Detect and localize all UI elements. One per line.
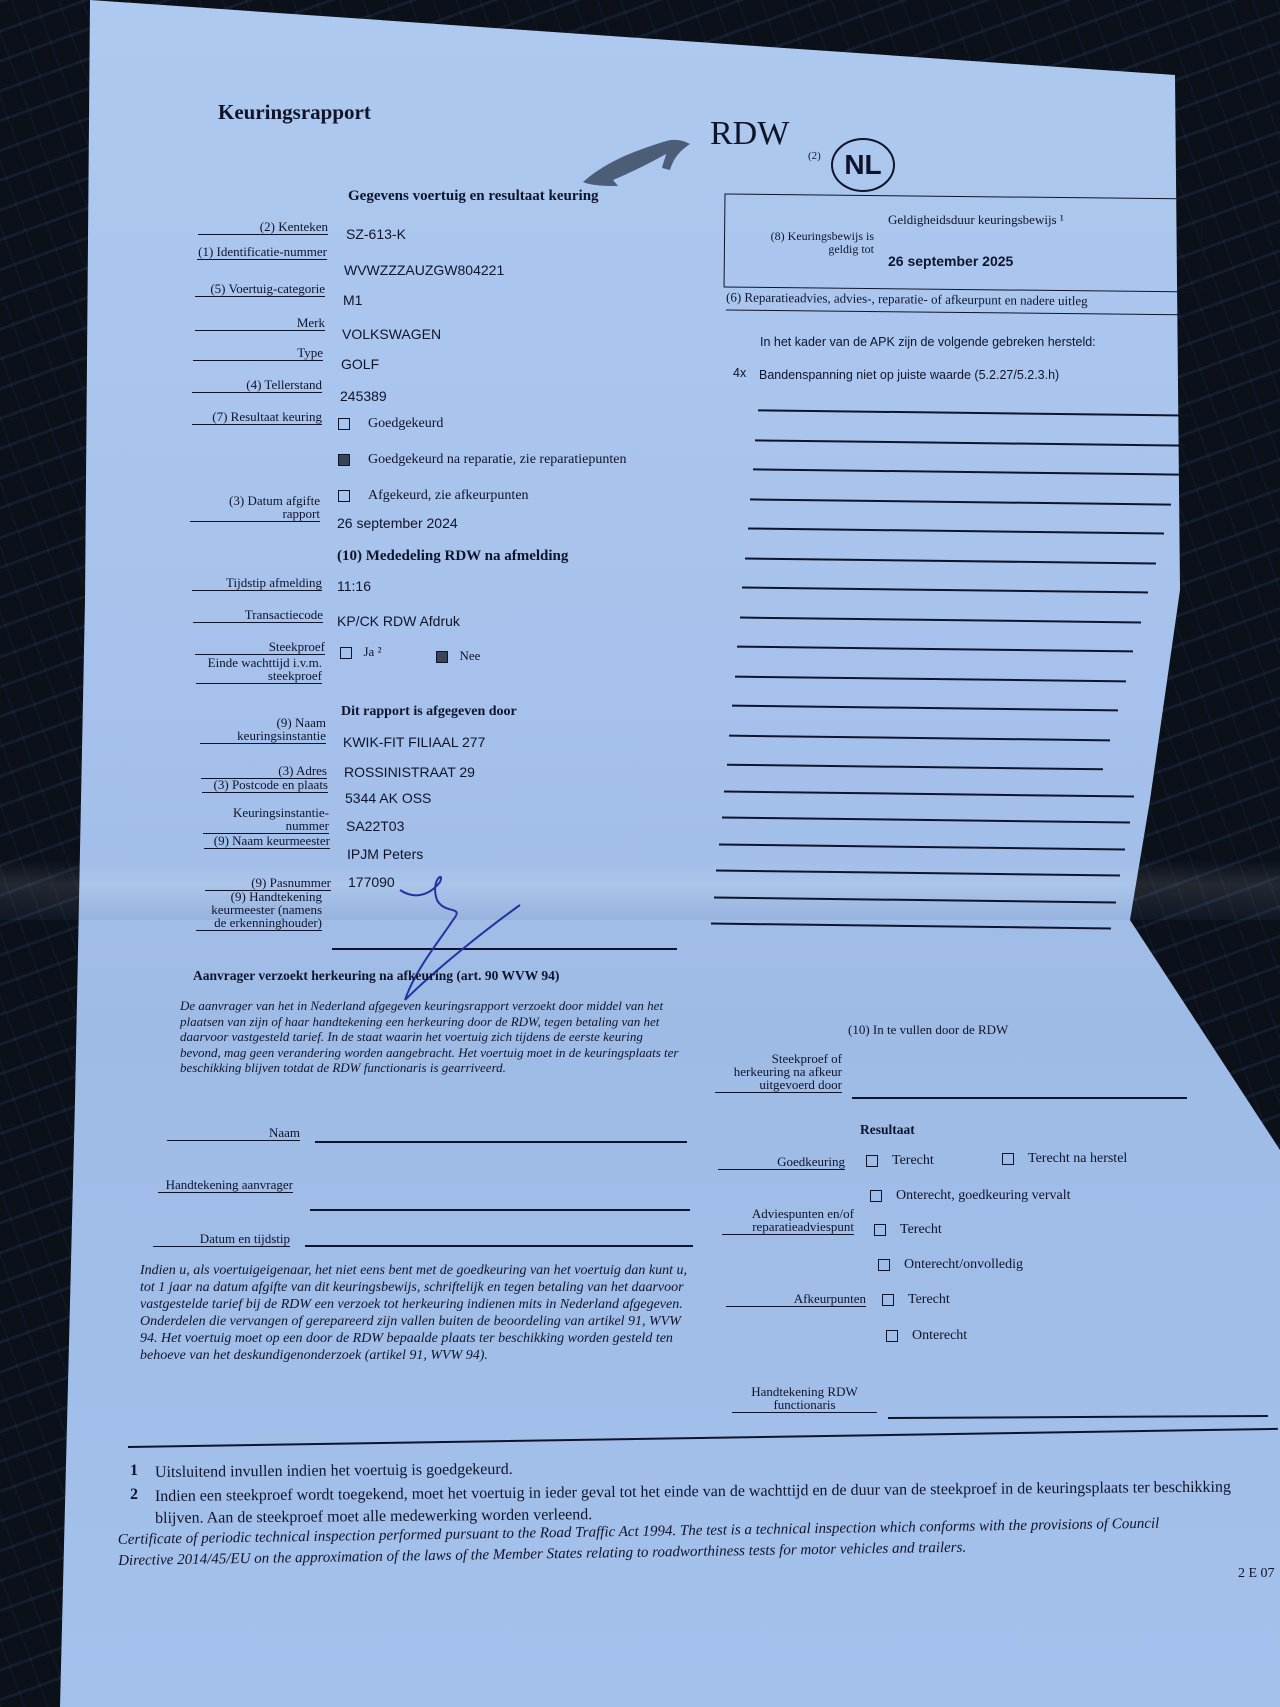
wait-label: Einde wachttijd i.v.m. steekproef xyxy=(196,656,322,684)
rdw-result-option[interactable]: Onterecht, goedkeuring vervalt xyxy=(870,1188,1071,1204)
vehicle-field-label: (2) Kenteken xyxy=(198,220,328,235)
rdw-notice-heading: (10) Mededeling RDW na afmelding xyxy=(337,548,568,565)
time-label: Tijdstip afmelding xyxy=(192,576,322,591)
transaction-label: Transactiecode xyxy=(193,608,323,623)
owner-note: Indien u, als voertuigeigenaar, het niet… xyxy=(140,1262,695,1364)
applicant-name-field[interactable] xyxy=(315,1141,687,1143)
rdw-brand: RDW xyxy=(710,115,789,153)
rdw-result-checkbox[interactable] xyxy=(882,1294,894,1306)
applicant-signature-label: Handtekening aanvrager xyxy=(158,1178,293,1193)
rdw-result-checkbox[interactable] xyxy=(878,1259,890,1271)
issuer-field-value: KWIK-FIT FILIAAL 277 xyxy=(343,734,485,750)
advice-label: Adviespunten en/of reparatieadviespunt xyxy=(722,1207,854,1235)
validity-label: (8) Keuringsbewijs is geldig tot xyxy=(762,230,874,256)
datetime-label: Datum en tijdstip xyxy=(153,1232,290,1247)
vehicle-field-value: VOLKSWAGEN xyxy=(342,326,441,342)
inspector-signature-label: (9) Handtekening keurmeester (namens de … xyxy=(196,890,322,931)
vehicle-field-value: WVWZZZAUZGW804221 xyxy=(344,262,504,278)
rdw-result-option[interactable]: Onterecht/onvolledig xyxy=(878,1257,1023,1273)
vehicle-section-heading: Gegevens voertuig en resultaat keuring xyxy=(348,188,599,205)
repair-item-text: Bandenspanning niet op juiste waarde (5.… xyxy=(759,368,1059,382)
form-code: 2 E 07 xyxy=(1238,1566,1275,1582)
rdw-result-option[interactable]: Terecht na herstel xyxy=(1002,1151,1127,1167)
repair-item-qty: 4x xyxy=(733,366,746,380)
result-heading: Resultaat xyxy=(860,1122,915,1138)
rdw-result-checkbox[interactable] xyxy=(870,1190,882,1202)
performed-by-label: Steekproef of herkeuring na afkeur uitge… xyxy=(715,1052,842,1093)
rdw-result-option-label: Terecht na herstel xyxy=(1028,1151,1127,1166)
issuer-heading: Dit rapport is afgegeven door xyxy=(341,704,517,720)
footnote-number: 1 xyxy=(130,1462,138,1480)
result-option[interactable]: Goedgekeurd xyxy=(338,416,443,432)
transaction-value: KP/CK RDW Afdruk xyxy=(337,613,460,629)
rdw-signature-label: Handtekening RDW functionaris xyxy=(732,1385,877,1413)
sample-no-label: Nee xyxy=(460,648,481,663)
result-option-label: Afgekeurd, zie afkeurpunten xyxy=(368,488,529,503)
inspector-signature-icon xyxy=(395,860,535,1020)
performed-by-field[interactable] xyxy=(852,1097,1187,1099)
reinspection-heading: Aanvrager verzoekt herkeuring na afkeuri… xyxy=(193,968,559,984)
approval-label: Goedkeuring xyxy=(718,1155,845,1170)
rdw-result-checkbox[interactable] xyxy=(874,1224,886,1236)
date-label: (3) Datum afgifte rapport xyxy=(190,494,320,522)
rdw-result-option-label: Onterecht, goedkeuring vervalt xyxy=(896,1188,1071,1203)
rdw-fill-heading: (10) In te vullen door de RDW xyxy=(848,1022,1008,1038)
result-option[interactable]: Goedgekeurd na reparatie, zie reparatiep… xyxy=(338,452,626,468)
sample-yes-checkbox[interactable] xyxy=(340,647,352,659)
brand-note: (2) xyxy=(808,150,821,162)
rdw-result-option[interactable]: Terecht xyxy=(866,1153,934,1169)
datetime-field[interactable] xyxy=(305,1245,693,1247)
validity-value: 26 september 2025 xyxy=(888,253,1013,269)
repairs-intro: In het kader van de APK zijn de volgende… xyxy=(760,335,1096,349)
issuer-field-value: ROSSINISTRAAT 29 xyxy=(344,764,475,780)
vehicle-field-label: (5) Voertuig-categorie xyxy=(195,282,325,297)
footnote-number: 2 xyxy=(130,1486,138,1504)
applicant-name-label: Naam xyxy=(167,1126,300,1141)
reject-label: Afkeurpunten xyxy=(726,1292,866,1307)
rdw-result-option-label: Onterecht xyxy=(912,1328,967,1343)
rdw-result-option[interactable]: Terecht xyxy=(874,1222,942,1238)
rdw-result-checkbox[interactable] xyxy=(866,1155,878,1167)
country-code-badge: NL xyxy=(831,138,895,192)
rdw-result-option[interactable]: Onterecht xyxy=(886,1328,967,1344)
issuer-field-value: 5344 AK OSS xyxy=(345,790,431,806)
issuer-field-label: (3) Postcode en plaats xyxy=(202,778,328,793)
issuer-field-label: (9) Pasnummer xyxy=(205,876,331,891)
rdw-result-option-label: Terecht xyxy=(900,1222,942,1237)
rdw-result-option[interactable]: Terecht xyxy=(882,1292,950,1308)
issuer-field-label: (9) Naam keurmeester xyxy=(204,834,330,849)
rdw-feather-logo-icon xyxy=(578,130,698,190)
issuer-field-value: 177090 xyxy=(348,874,395,890)
vehicle-field-label: Type xyxy=(193,346,323,361)
vehicle-field-value: M1 xyxy=(343,292,362,308)
vehicle-field-value: 245389 xyxy=(340,388,387,404)
issuer-field-label: Keuringsinstantie-nummer xyxy=(203,806,329,834)
result-option-label: Goedgekeurd na reparatie, zie reparatiep… xyxy=(368,452,626,467)
rdw-result-option-label: Terecht xyxy=(908,1292,950,1307)
result-checkbox[interactable] xyxy=(338,454,350,466)
result-option[interactable]: Afgekeurd, zie afkeurpunten xyxy=(338,488,529,504)
vehicle-field-label: Merk xyxy=(195,316,325,331)
sample-yes-label: Ja ² xyxy=(364,644,382,659)
document-title: Keuringsrapport xyxy=(218,100,371,125)
rdw-result-option-label: Onterecht/onvolledig xyxy=(904,1257,1023,1272)
issuer-field-label: (9) Naam keuringsinstantie xyxy=(200,716,326,744)
applicant-signature-field[interactable] xyxy=(310,1209,690,1211)
sample-no-option[interactable]: Nee xyxy=(436,648,480,665)
result-checkbox[interactable] xyxy=(338,418,350,430)
reinspection-body: De aanvrager van het in Nederland afgege… xyxy=(180,998,680,1076)
vehicle-field-label: (1) Identificatie-nummer xyxy=(197,245,327,260)
vehicle-field-label: (4) Tellerstand xyxy=(192,378,322,393)
validity-heading: Geldigheidsduur keuringsbewijs ¹ xyxy=(888,212,1064,228)
time-value: 11:16 xyxy=(337,578,371,594)
issuer-field-value: IPJM Peters xyxy=(347,846,423,862)
date-label-text: (3) Datum afgifte rapport xyxy=(229,493,320,521)
license-plate-value: SZ-613-K xyxy=(346,226,406,242)
sample-yes-option[interactable]: Ja ² xyxy=(340,644,381,661)
rdw-result-checkbox[interactable] xyxy=(886,1330,898,1342)
result-label: (7) Resultaat keuring xyxy=(192,410,322,425)
rdw-result-option-label: Terecht xyxy=(892,1153,934,1168)
paper-fold xyxy=(0,860,1280,920)
sample-no-checkbox[interactable] xyxy=(436,651,448,663)
issuer-field-value: SA22T03 xyxy=(346,818,404,834)
result-checkbox[interactable] xyxy=(338,490,350,502)
vehicle-field-value: GOLF xyxy=(341,356,379,372)
sample-label: Steekproef xyxy=(195,640,325,655)
date-value: 26 september 2024 xyxy=(337,515,458,531)
rdw-result-checkbox[interactable] xyxy=(1002,1153,1014,1165)
result-option-label: Goedgekeurd xyxy=(368,416,443,431)
